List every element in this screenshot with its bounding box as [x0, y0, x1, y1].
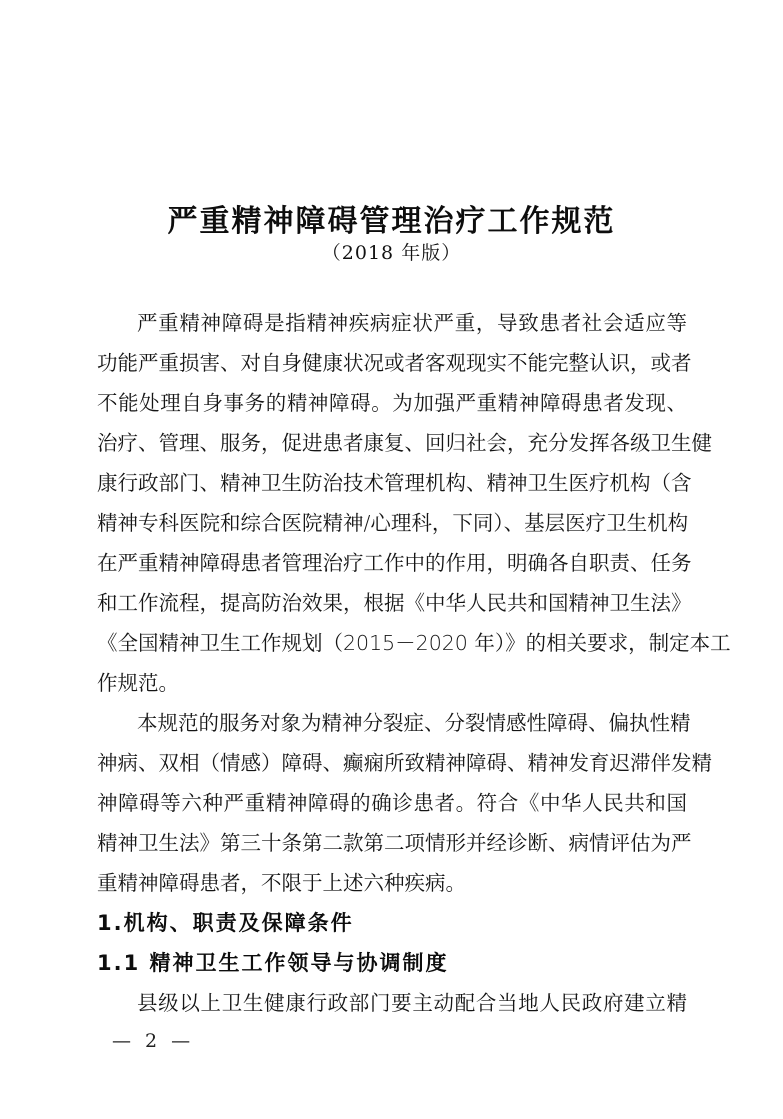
- paragraph-1-line-7: 在严重精神障碍患者管理治疗工作中的作用，明确各自职责、任务: [97, 550, 687, 576]
- paragraph-1-line-2: 功能严重损害、对自身健康状况或者客观现实不能完整认识，或者: [97, 350, 687, 376]
- paragraph-2-line-5: 重精神障碍患者，不限于上述六种疾病。: [97, 870, 687, 896]
- paragraph-2-line-2: 神病、双相（情感）障碍、癫痫所致精神障碍、精神发育迟滞伴发精: [97, 750, 687, 776]
- document-title: 严重精神障碍管理治疗工作规范: [0, 196, 783, 240]
- paragraph-1-line-3: 不能处理自身事务的精神障碍。为加强严重精神障碍患者发现、: [97, 390, 687, 416]
- paragraph-1-line-1: 严重精神障碍是指精神疾病症状严重，导致患者社会适应等: [137, 310, 687, 336]
- paragraph-1-line-4: 治疗、管理、服务，促进患者康复、回归社会，充分发挥各级卫生健: [97, 430, 687, 456]
- paragraph-1-line-8: 和工作流程，提高防治效果，根据《中华人民共和国精神卫生法》: [97, 590, 687, 616]
- paragraph-1-line-5: 康行政部门、精神卫生防治技术管理机构、精神卫生医疗机构（含: [97, 470, 687, 496]
- document-page: 严重精神障碍管理治疗工作规范 （2018 年版） 严重精神障碍是指精神疾病症状严…: [0, 0, 783, 1119]
- paragraph-2-line-4: 精神卫生法》第三十条第二款第二项情形并经诊断、病情评估为严: [97, 830, 687, 856]
- paragraph-1-line-6: 精神专科医院和综合医院精神/心理科，下同）、基层医疗卫生机构: [97, 510, 687, 536]
- paragraph-2-line-3: 神障碍等六种严重精神障碍的确诊患者。符合《中华人民共和国: [97, 790, 687, 816]
- page-number: — 2 —: [112, 1028, 194, 1054]
- subsection-heading: 1.1 精神卫生工作领导与协调制度: [97, 950, 449, 976]
- paragraph-1-line-9: 《全国精神卫生工作规划（2015－2020 年）》的相关要求，制定本工: [97, 630, 687, 656]
- paragraph-3-line-1: 县级以上卫生健康行政部门要主动配合当地人民政府建立精: [137, 990, 687, 1016]
- section-heading: 1.机构、职责及保障条件: [97, 910, 354, 936]
- document-subtitle: （2018 年版）: [0, 238, 783, 265]
- paragraph-1-line-10: 作规范。: [97, 670, 687, 696]
- paragraph-2-line-1: 本规范的服务对象为精神分裂症、分裂情感性障碍、偏执性精: [137, 710, 687, 736]
